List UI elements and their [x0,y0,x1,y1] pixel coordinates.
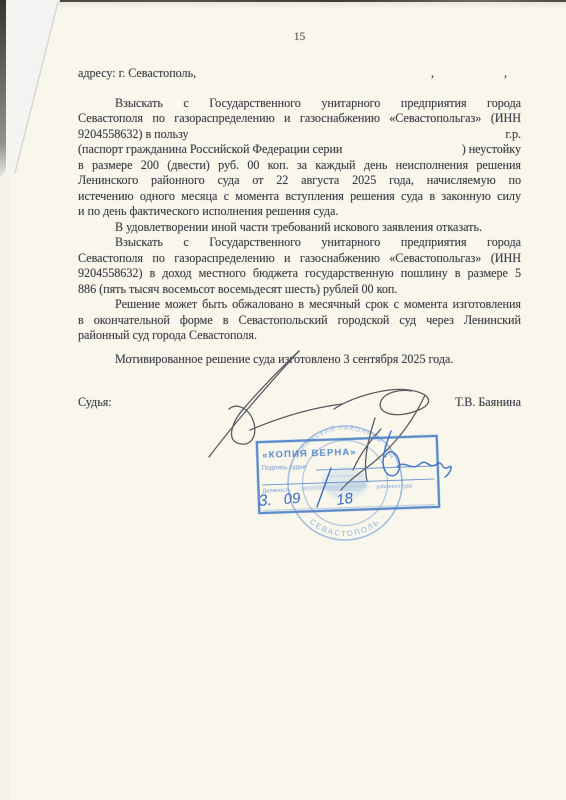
handwritten-date-scribble: 18 [335,490,355,509]
stamp-title: «КОПИЯ ВЕРНА» [262,447,357,461]
seal-ring-text-bottom: · СЕВАСТОПОЛЬ · [302,511,388,538]
svg-text:· СЕВАСТОПОЛЬ ·: · СЕВАСТОПОЛЬ · [302,511,388,538]
scanned-court-document-page: 15 адресу: г. Севастополь, , , Взыскать … [0,0,566,800]
judge-handwritten-signature [209,351,429,490]
scan-left-edge-artifact [0,0,60,800]
handwritten-date-day: 3. [258,492,273,510]
handwritten-date-month: 09 [283,490,301,508]
stamp-signature-label: Подпись судьи [262,463,307,472]
stamp-signature-overlay: ЛЕНИНСКИЙ РАЙОННЫЙ СУД · СЕВАСТОПОЛЬ · «… [0,0,566,800]
stamp-position-right-text: районного суда [376,482,412,490]
